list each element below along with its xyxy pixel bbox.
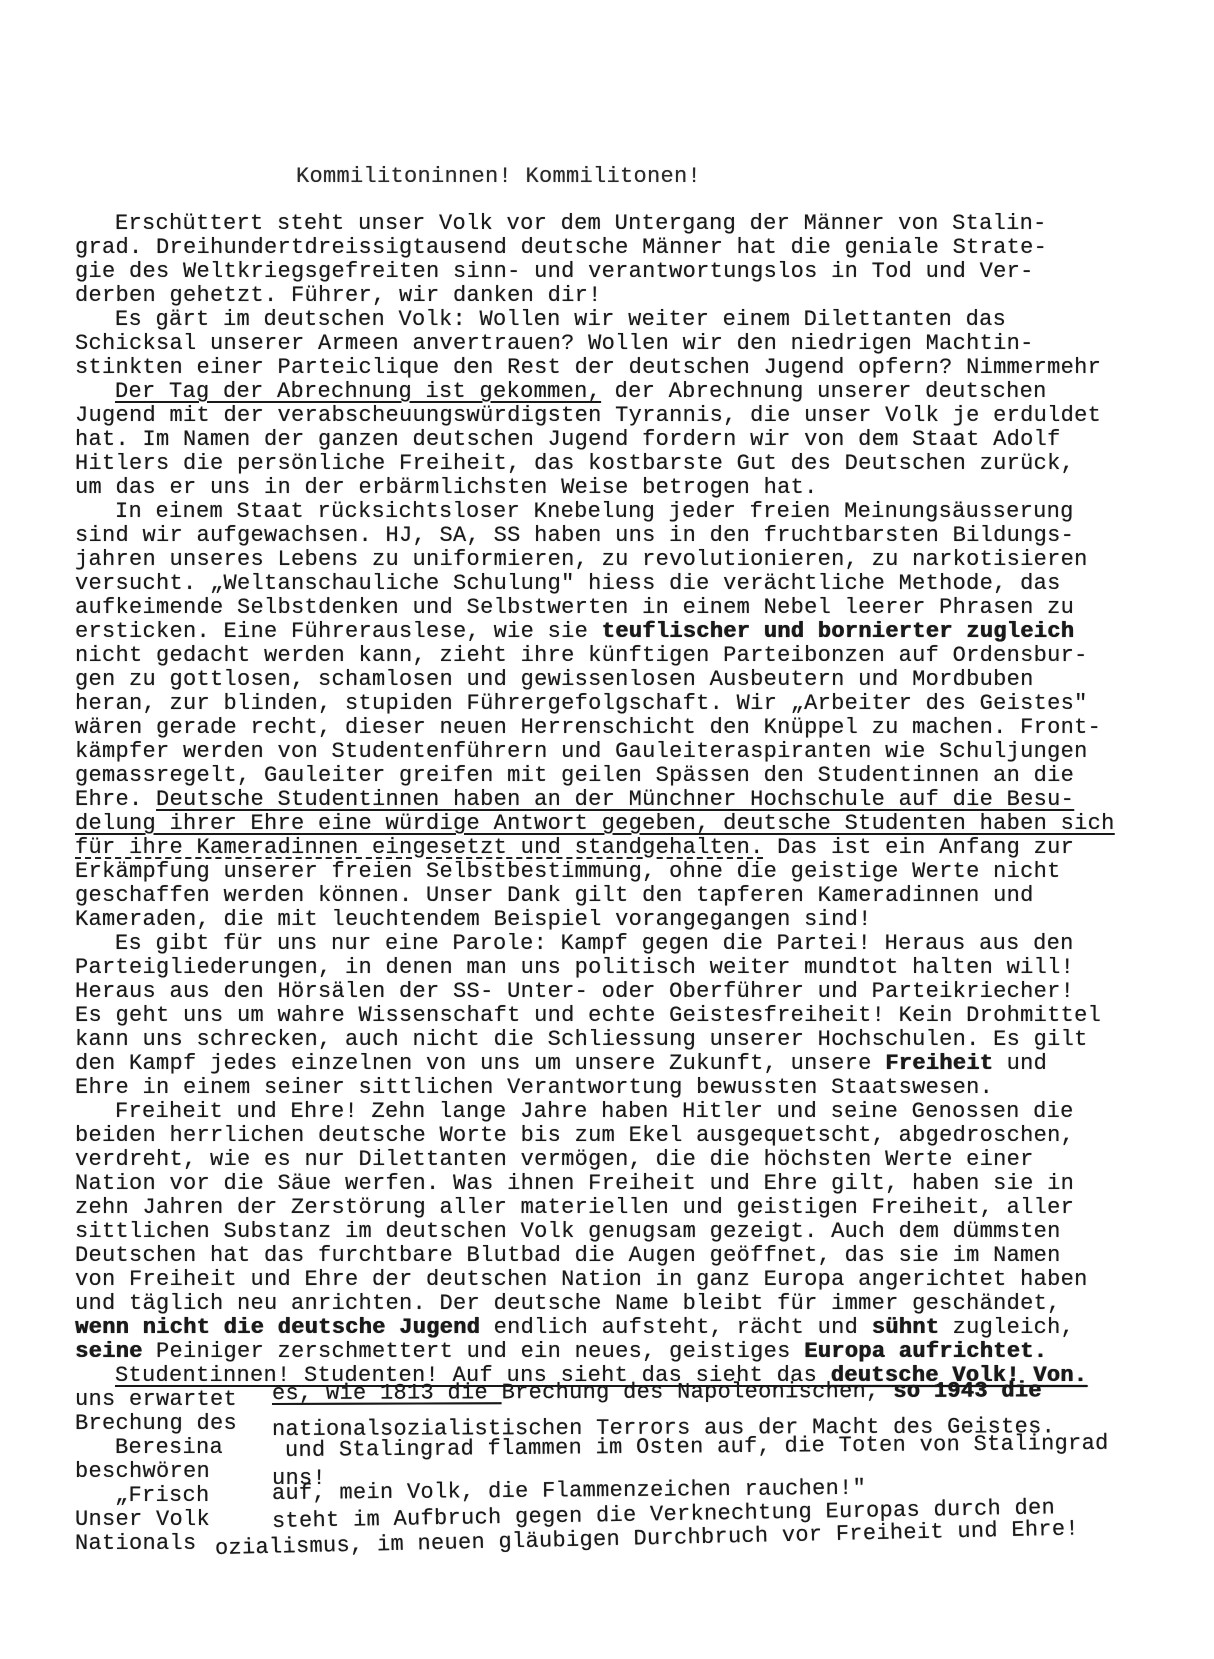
text-segment: sind wir aufgewachsen. HJ, SA, SS haben …	[75, 523, 1074, 548]
text-segment: derben gehetzt. Führer, wir danken dir!	[75, 283, 602, 308]
text-segment: kann uns schrecken, auch nicht die Schli…	[75, 1027, 1088, 1052]
staggered-left-fragment: uns erwartet	[75, 1388, 272, 1412]
text-line: Der Tag der Abrechnung ist gekommen, der…	[75, 380, 1165, 404]
text-line: Deutschen hat das furchtbare Blutbad die…	[75, 1244, 1165, 1268]
text-line: kann uns schrecken, auch nicht die Schli…	[75, 1028, 1165, 1052]
scanned-leaflet-page: Kommilitoninnen! Kommilitonen! Erschütte…	[0, 0, 1214, 1659]
text-line: In einem Staat rücksichtsloser Knebelung…	[75, 500, 1165, 524]
text-line: beiden herrlichen deutsche Worte bis zum…	[75, 1124, 1165, 1148]
text-segment: den Kampf jedes einzelnen von uns um uns…	[75, 1051, 885, 1076]
text-line: hat. Im Namen der ganzen deutschen Jugen…	[75, 428, 1165, 452]
text-segment: Deutschen hat das furchtbare Blutbad die…	[75, 1243, 1061, 1268]
text-segment: versucht. „Weltanschauliche Schulung" hi…	[75, 571, 1061, 596]
staggered-left-fragment: Beresina	[75, 1436, 285, 1460]
text-line: seine Peiniger zerschmettert und ein neu…	[75, 1340, 1165, 1364]
leaflet-body: Erschüttert steht unser Volk vor dem Unt…	[75, 212, 1165, 1556]
text-line: Ehre. Deutsche Studentinnen haben an der…	[75, 788, 1165, 812]
text-line: jahren unseres Lebens zu uniformieren, z…	[75, 548, 1165, 572]
text-segment: Erkämpfung unserer freien Selbstbestimmu…	[75, 859, 1061, 884]
text-line: grad. Dreihundertdreissigtausend deutsch…	[75, 236, 1165, 260]
text-segment: heran, zur blinden, stupiden Führergefol…	[75, 691, 1088, 716]
text-line: Schicksal unserer Armeen anvertrauen? Wo…	[75, 332, 1165, 356]
text-segment: Jugend mit der verabscheuungswürdigsten …	[75, 403, 1101, 428]
text-segment: seine	[75, 1339, 143, 1364]
text-segment: Deutsche Studentinnen haben an der Münch…	[156, 787, 1074, 812]
text-segment: Parteigliederungen, in denen man uns pol…	[75, 955, 1074, 980]
text-line: ersticken. Eine Führerauslese, wie sie t…	[75, 620, 1165, 644]
text-segment: sühnt	[872, 1315, 940, 1340]
text-segment: kämpfer werden von Studentenführern und …	[75, 739, 1088, 764]
text-line: nicht gedacht werden kann, zieht ihre kü…	[75, 644, 1165, 668]
text-line: Erkämpfung unserer freien Selbstbestimmu…	[75, 860, 1165, 884]
text-line: versucht. „Weltanschauliche Schulung" hi…	[75, 572, 1165, 596]
staggered-left-fragment: „Frisch	[75, 1484, 272, 1508]
text-segment: Ehre.	[75, 787, 156, 812]
text-segment: Heraus aus den Hörsälen der SS- Unter- o…	[75, 979, 1074, 1004]
text-segment: Der Tag der Abrechnung ist gekommen,	[115, 379, 601, 404]
text-line: Ehre in einem seiner sittlichen Verantwo…	[75, 1076, 1165, 1100]
text-line: delung ihrer Ehre eine würdige Antwort g…	[75, 812, 1165, 836]
text-line: wenn nicht die deutsche Jugend endlich a…	[75, 1316, 1165, 1340]
text-segment: stinkten einer Parteiclique den Rest der…	[75, 355, 1101, 380]
text-segment: gemassregelt, Gauleiter greifen mit geil…	[75, 763, 1074, 788]
text-segment: sittlichen Substanz im deutschen Volk ge…	[75, 1219, 1061, 1244]
text-segment: hat. Im Namen der ganzen deutschen Jugen…	[75, 427, 1061, 452]
text-line: geschaffen werden können. Unser Dank gil…	[75, 884, 1165, 908]
text-line: heran, zur blinden, stupiden Führergefol…	[75, 692, 1165, 716]
text-line: Nation vor die Säue werfen. Was ihnen Fr…	[75, 1172, 1165, 1196]
text-segment: und	[993, 1051, 1047, 1076]
text-segment: ersticken. Eine Führerauslese, wie sie	[75, 619, 602, 644]
text-segment: geschaffen werden können. Unser Dank gil…	[75, 883, 1034, 908]
document-title: Kommilitoninnen! Kommilitonen!	[296, 164, 701, 189]
text-segment: gie des Weltkriegsgefreiten sinn- und ve…	[75, 259, 1034, 284]
text-line: gemassregelt, Gauleiter greifen mit geil…	[75, 764, 1165, 788]
text-segment: endlich aufsteht, rächt und	[480, 1315, 872, 1340]
text-segment: Freiheit	[885, 1051, 993, 1076]
text-line: zehn Jahren der Zerstörung aller materie…	[75, 1196, 1165, 1220]
text-segment: Nation vor die Säue werfen. Was ihnen Fr…	[75, 1171, 1074, 1196]
staggered-right-fragment: es, wie 1813 die Brechung des Napoleonis…	[272, 1379, 1042, 1406]
staggered-right-fragment: und Stalingrad flammen im Osten auf, die…	[285, 1432, 1109, 1463]
text-segment: zugleich,	[939, 1315, 1074, 1340]
text-segment: es, wie 1813 die	[272, 1380, 502, 1406]
staggered-left-fragment: Unser Volk	[75, 1508, 272, 1532]
text-segment: für ihre Kameradinnen eingesetzt und sta…	[75, 835, 764, 860]
text-segment: Es gärt im deutschen Volk: Wollen wir we…	[115, 307, 1006, 332]
text-segment: und täglich neu anrichten. Der deutsche …	[75, 1291, 1061, 1316]
text-line: um das er uns in der erbärmlichsten Weis…	[75, 476, 1165, 500]
text-segment: Freiheit und Ehre! Zehn lange Jahre habe…	[115, 1099, 1074, 1124]
text-line: Jugend mit der verabscheuungswürdigsten …	[75, 404, 1165, 428]
text-segment: jahren unseres Lebens zu uniformieren, z…	[75, 547, 1088, 572]
text-segment: Es geht uns um wahre Wissenschaft und ec…	[75, 1003, 1101, 1028]
text-segment: Kameraden, die mit leuchtendem Beispiel …	[75, 907, 872, 932]
text-line: sittlichen Substanz im deutschen Volk ge…	[75, 1220, 1165, 1244]
text-segment: delung ihrer Ehre eine würdige Antwort g…	[75, 811, 1115, 836]
text-line: Freiheit und Ehre! Zehn lange Jahre habe…	[75, 1100, 1165, 1124]
text-segment: teuflischer und bornierter zugleich	[602, 619, 1075, 644]
staggered-left-fragment: Brechung des	[75, 1412, 272, 1436]
text-line: Hitlers die persönliche Freiheit, das ko…	[75, 452, 1165, 476]
text-segment: grad. Dreihundertdreissigtausend deutsch…	[75, 235, 1047, 260]
text-line: aufkeimende Selbstdenken und Selbstwerte…	[75, 596, 1165, 620]
text-segment: zehn Jahren der Zerstörung aller materie…	[75, 1195, 1074, 1220]
text-segment: Europa aufrichtet.	[804, 1339, 1047, 1364]
text-segment: von Freiheit und Ehre der deutschen Nati…	[75, 1267, 1088, 1292]
text-segment: nicht gedacht werden kann, zieht ihre kü…	[75, 643, 1088, 668]
text-line: Es gibt für uns nur eine Parole: Kampf g…	[75, 932, 1165, 956]
text-segment: wären gerade recht, dieser neuen Herrens…	[75, 715, 1101, 740]
text-line: gen zu gottlosen, schamlosen und gewisse…	[75, 668, 1165, 692]
text-line: wären gerade recht, dieser neuen Herrens…	[75, 716, 1165, 740]
text-segment: Ehre in einem seiner sittlichen Verantwo…	[75, 1075, 993, 1100]
text-segment: aufkeimende Selbstdenken und Selbstwerte…	[75, 595, 1074, 620]
staggered-left-fragment: Nationals	[75, 1532, 215, 1556]
text-line: stinkten einer Parteiclique den Rest der…	[75, 356, 1165, 380]
text-segment: wenn nicht die deutsche Jugend	[75, 1315, 480, 1340]
text-line: Parteigliederungen, in denen man uns pol…	[75, 956, 1165, 980]
text-segment: In einem Staat rücksichtsloser Knebelung…	[115, 499, 1074, 524]
text-line: uns erwartetes, wie 1813 die Brechung de…	[75, 1388, 1165, 1412]
text-line: Nationalsozialismus, im neuen gläubigen …	[75, 1532, 1165, 1556]
text-segment: Peiniger zerschmettert und ein neues, ge…	[143, 1339, 805, 1364]
text-line: Kameraden, die mit leuchtendem Beispiel …	[75, 908, 1165, 932]
text-segment: verdreht, wie es nur Dilettanten vermöge…	[75, 1147, 1034, 1172]
text-line: von Freiheit und Ehre der deutschen Nati…	[75, 1268, 1165, 1292]
text-segment: Erschüttert steht unser Volk vor dem Unt…	[115, 211, 1047, 236]
text-line: Beresinaund Stalingrad flammen im Osten …	[75, 1436, 1165, 1460]
text-line: kämpfer werden von Studentenführern und …	[75, 740, 1165, 764]
text-segment: um das er uns in der erbärmlichsten Weis…	[75, 475, 818, 500]
text-line: gie des Weltkriegsgefreiten sinn- und ve…	[75, 260, 1165, 284]
text-line: Heraus aus den Hörsälen der SS- Unter- o…	[75, 980, 1165, 1004]
text-segment: Es gibt für uns nur eine Parole: Kampf g…	[115, 931, 1074, 956]
text-line: Es gärt im deutschen Volk: Wollen wir we…	[75, 308, 1165, 332]
text-line: sind wir aufgewachsen. HJ, SA, SS haben …	[75, 524, 1165, 548]
text-line: Es geht uns um wahre Wissenschaft und ec…	[75, 1004, 1165, 1028]
text-line: den Kampf jedes einzelnen von uns um uns…	[75, 1052, 1165, 1076]
text-line: derben gehetzt. Führer, wir danken dir!	[75, 284, 1165, 308]
text-segment: Schicksal unserer Armeen anvertrauen? Wo…	[75, 331, 1034, 356]
text-line: für ihre Kameradinnen eingesetzt und sta…	[75, 836, 1165, 860]
text-line: Erschüttert steht unser Volk vor dem Unt…	[75, 212, 1165, 236]
staggered-left-fragment: beschwören	[75, 1460, 272, 1484]
text-line: und täglich neu anrichten. Der deutsche …	[75, 1292, 1165, 1316]
text-segment: Das ist ein Anfang zur	[764, 835, 1075, 860]
text-segment: der Abrechnung unserer deutschen	[601, 379, 1047, 404]
text-segment: gen zu gottlosen, schamlosen und gewisse…	[75, 667, 1034, 692]
text-segment: Hitlers die persönliche Freiheit, das ko…	[75, 451, 1074, 476]
text-line: verdreht, wie es nur Dilettanten vermöge…	[75, 1148, 1165, 1172]
text-segment: so 1943 die	[893, 1378, 1042, 1404]
text-segment: Brechung des Napoleonischen,	[502, 1379, 894, 1405]
text-segment: beiden herrlichen deutsche Worte bis zum…	[75, 1123, 1074, 1148]
